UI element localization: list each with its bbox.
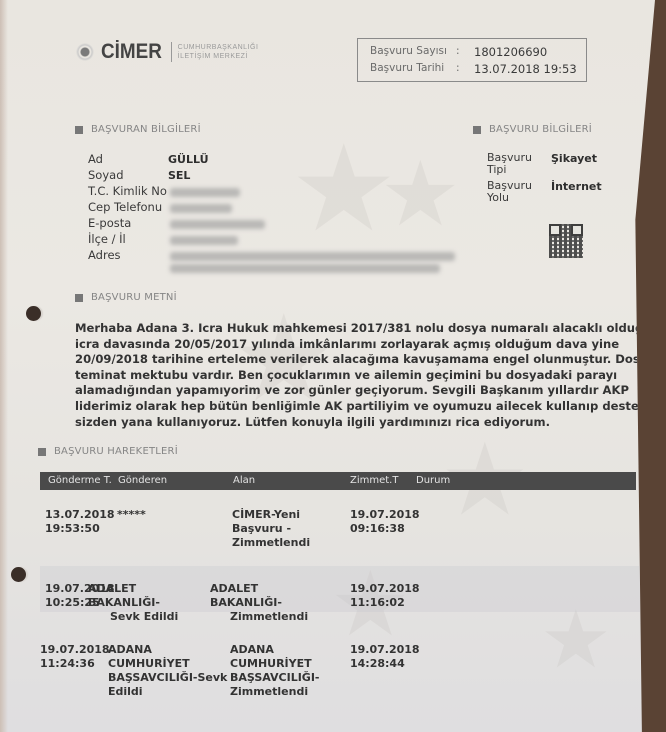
movements-table-header: Gönderme T. Gönderen Alan Zimmet.T Durum: [40, 472, 636, 490]
sender: *****: [117, 508, 237, 522]
application-number-box: Başvuru Sayısı : 1801206690 Başvuru Tari…: [357, 38, 587, 82]
application-text-section-title: BAŞVURU METNİ: [75, 292, 177, 303]
receiver: CİMER-Yeni Başvuru - Zimmetlendi: [232, 508, 352, 550]
logo-subtitle: CUMHURBAŞKANLIĞI İLETİŞİM MERKEZİ: [178, 43, 259, 61]
sender: ADANA CUMHURİYET BAŞSAVCILIĞI-Sevk Edild…: [108, 643, 228, 699]
field-label-address: Adres: [88, 248, 121, 262]
application-number-label: Başvuru Sayısı: [370, 45, 456, 59]
column-header-status: Durum: [416, 475, 450, 486]
watermark-star-icon: ★: [540, 600, 612, 680]
emblem-icon: [75, 42, 95, 62]
field-value-surname: SEL: [168, 169, 190, 182]
watermark-star-icon: ★: [290, 130, 398, 250]
receiver: ADALET BAKANLIĞI- Zimmetlendi: [210, 582, 330, 624]
application-text-body: Merhaba Adana 3. Icra Hukuk mahkemesi 20…: [75, 321, 630, 430]
section-bullet-icon: [75, 294, 83, 302]
application-type-value: Şikayet: [551, 152, 597, 165]
redacted-district: [170, 236, 238, 245]
section-bullet-icon: [75, 126, 83, 134]
redacted-email: [170, 220, 265, 229]
sent-datetime: 19.07.2018 11:24:36: [40, 643, 110, 671]
watermark-star-icon: ★: [380, 150, 461, 240]
printed-document: ★ ★ ★ ★ ★ ★ CİMER CUMHURBAŞKANLIĞI İLETİ…: [0, 0, 655, 732]
section-bullet-icon: [473, 126, 481, 134]
field-label-email: E-posta: [88, 216, 131, 230]
section-bullet-icon: [38, 448, 46, 456]
application-type-label: Başvuru Tipi: [487, 152, 537, 176]
redacted-phone: [170, 204, 232, 213]
application-channel-value: İnternet: [551, 180, 602, 193]
assigned-datetime: 19.07.2018 14:28:44: [350, 643, 450, 671]
field-label-phone: Cep Telefonu: [88, 200, 162, 214]
qr-code: [549, 224, 583, 258]
field-label-district: İlçe / İl: [88, 232, 126, 246]
column-header-receiver: Alan: [233, 475, 255, 486]
assigned-datetime: 19.07.2018 11:16:02: [350, 582, 450, 610]
sender: ADALET BAKANLIĞI- Sevk Edildi: [88, 582, 208, 624]
application-date-label: Başvuru Tarihi: [370, 62, 456, 76]
field-label-id-number: T.C. Kimlik No: [88, 184, 167, 198]
punch-hole: [11, 567, 26, 582]
column-header-sent-date: Gönderme T.: [48, 475, 112, 486]
movements-section-title: BAŞVURU HAREKETLERİ: [38, 446, 178, 457]
applicant-section-title: BAŞVURAN BİLGİLERİ: [75, 124, 201, 135]
logo-divider: [171, 42, 172, 62]
column-header-sender: Gönderen: [118, 475, 167, 486]
application-info-section-title: BAŞVURU BİLGİLERİ: [473, 124, 592, 135]
column-header-assigned-date: Zimmet.T: [350, 475, 398, 486]
receiver: ADANA CUMHURİYET BAŞSAVCILIĞI- Zimmetlen…: [230, 643, 350, 699]
redacted-id-number: [170, 188, 240, 197]
field-value-name: GÜLLÜ: [168, 153, 209, 166]
application-number: 1801206690: [474, 45, 547, 59]
punch-hole: [26, 306, 41, 321]
cimer-logo: CİMER CUMHURBAŞKANLIĞI İLETİŞİM MERKEZİ: [75, 40, 258, 64]
sent-datetime: 13.07.2018 19:53:50: [45, 508, 115, 536]
application-date: 13.07.2018 19:53: [474, 62, 577, 76]
paper-edge: [0, 0, 8, 732]
redacted-address: [170, 252, 455, 261]
field-label-name: Ad: [88, 152, 103, 166]
assigned-datetime: 19.07.2018 09:16:38: [350, 508, 450, 536]
application-channel-label: Başvuru Yolu: [487, 180, 537, 204]
logo-name: CİMER: [101, 40, 162, 64]
redacted-address-line2: [170, 264, 440, 273]
field-label-surname: Soyad: [88, 168, 124, 182]
